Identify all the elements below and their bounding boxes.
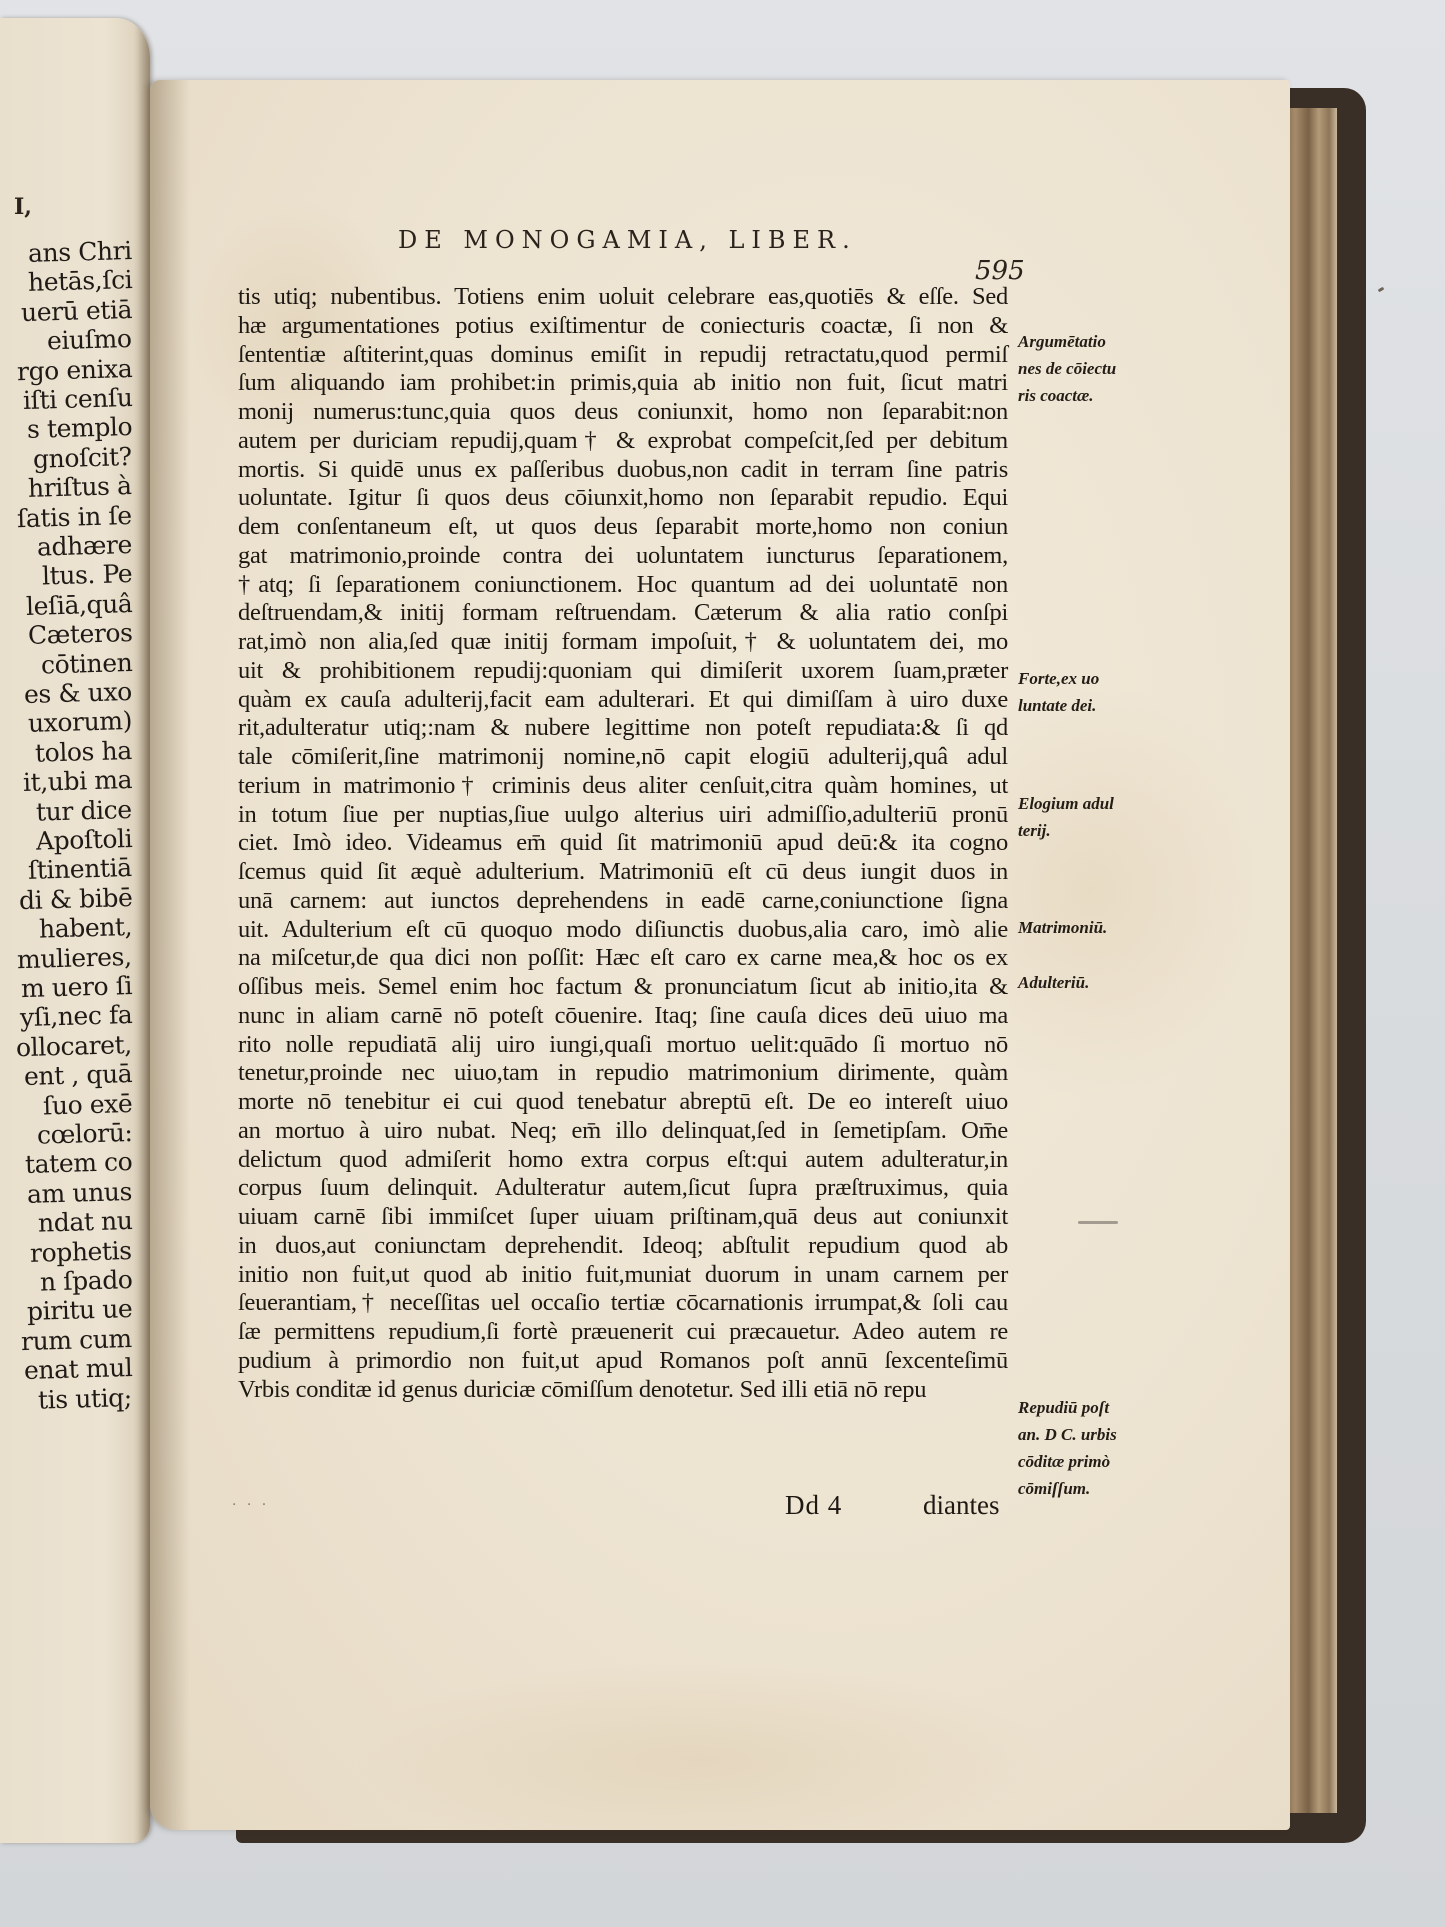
margin-note-line: an. D C. urbis	[1018, 1421, 1117, 1448]
left-page: I, ans Chrihetās,ſciuerū etiāeiuſmorgo e…	[0, 18, 150, 1843]
text-line: rito nolle repudiatā alij uiro iungi,qua…	[238, 1031, 1008, 1060]
left-page-gutter-shadow	[134, 18, 150, 1843]
left-page-line: ſatis in ſe	[17, 501, 132, 533]
text-line: mortis. Si quidē unus ex paſſeribus duob…	[238, 456, 1008, 485]
margin-note-adulterium: Adulteriū.	[1018, 969, 1089, 996]
text-line: ſeuerantiam,† neceſſitas uel occaſio ter…	[238, 1289, 1008, 1318]
margin-note-line: luntate dei.	[1018, 692, 1099, 719]
text-line: monij numerus:tunc,quia quos deus coniun…	[238, 398, 1008, 427]
left-page-line: ltus. Pe	[41, 559, 132, 591]
left-page-line: hetās,ſci	[27, 265, 132, 297]
text-line: terium in matrimonio† criminis deus alit…	[238, 772, 1008, 801]
margin-note-line: Repudiū poſt	[1018, 1394, 1117, 1421]
text-line: uit. Adulterium eſt cū quoquo modo diſiu…	[238, 916, 1008, 945]
text-line: gat matrimonio,proinde contra dei uolunt…	[238, 542, 1008, 571]
text-line: unā carnem: aut iunctos deprehendens in …	[238, 887, 1008, 916]
margin-note-line: Forte,ex uo	[1018, 665, 1099, 692]
text-line: hæ argumentationes potius exiſtimentur d…	[238, 312, 1008, 341]
margin-note-line: ris coactæ.	[1018, 382, 1116, 409]
text-line: initio non fuit,ut quod ab initio fuit,m…	[238, 1261, 1008, 1290]
left-page-line: uxorum)	[28, 706, 133, 738]
running-head: DE MONOGAMIA, LIBER.	[398, 226, 857, 254]
signature-mark: Dd 4	[785, 1490, 842, 1521]
margin-note-line: nes de cōiectu	[1018, 355, 1116, 382]
text-line: ſententiæ aſtiterint,quas dominus emiſit…	[238, 341, 1008, 370]
left-page-line: tatem co	[24, 1147, 132, 1179]
text-line: deſtruendam,& initij formam reſtruendam.…	[238, 599, 1008, 628]
left-page-line: ndat nu	[37, 1206, 132, 1238]
text-line: quàm ex cauſa adulterij,facit eam adulte…	[238, 686, 1008, 715]
left-page-line: hriſtus à	[28, 471, 132, 503]
left-page-line: adhære	[37, 530, 133, 562]
printer-marks: · · ·	[232, 1497, 269, 1513]
left-page-line: cœlorū:	[36, 1118, 132, 1150]
left-page-line: rum cum	[21, 1324, 132, 1356]
left-page-line: ent , quā	[23, 1059, 132, 1091]
left-page-line: it,ubi ma	[23, 765, 133, 797]
text-line: an mortuo à uiro nubat. Neq; em̄ illo de…	[238, 1117, 1008, 1146]
text-line: ciet. Imò ideo. Videamus em̄ quid ſit ma…	[238, 829, 1008, 858]
left-page-line: ans Chri	[28, 236, 133, 268]
left-page-line: mulieres,	[17, 942, 132, 974]
water-stain	[350, 1660, 1050, 1830]
margin-note-repudium: Repudiū poſt an. D C. urbis cōditæ primò…	[1018, 1394, 1117, 1502]
margin-note-elogium: Elogium adul terij.	[1018, 790, 1114, 844]
text-line: ſæ permittens repudium,ſi fortè præuener…	[238, 1318, 1008, 1347]
left-page-line: Apoſtoli	[35, 824, 132, 856]
left-page-line: iſti cenſu	[22, 383, 132, 415]
margin-note-argumentationes: Argumētatio nes de cōiectu ris coactæ.	[1018, 328, 1116, 409]
margin-note-line: cōditæ primò	[1018, 1448, 1117, 1475]
text-line: morte nō tenebitur ei cui quod tenebatur…	[238, 1088, 1008, 1117]
left-page-line: gnoſcit?	[33, 442, 132, 474]
left-page-line: Cæteros	[27, 618, 132, 650]
text-line: ſum aliquando iam prohibet:in primis,qui…	[238, 369, 1008, 398]
left-page-folio: I,	[14, 194, 32, 220]
left-page-line: s templo	[26, 412, 132, 444]
left-page-line: cōtinen	[40, 648, 132, 680]
left-page-line: di & bibē	[18, 883, 132, 915]
text-line: tenetur,proinde nec uiuo,tam in repudio …	[238, 1059, 1008, 1088]
left-page-line: enat mul	[23, 1353, 132, 1385]
text-line: ſcemus quid ſit æquè adulterium. Matrimo…	[238, 858, 1008, 887]
margin-note-line: Argumētatio	[1018, 328, 1116, 355]
margin-note-forte: Forte,ex uo luntate dei.	[1018, 665, 1099, 719]
left-page-line: ſtinentiā	[28, 853, 132, 885]
left-page-line: yſi,nec fa	[19, 1000, 132, 1032]
background-mark	[1078, 1221, 1118, 1224]
left-page-line: rgo enixa	[16, 354, 132, 386]
left-page-line: tolos ha	[35, 736, 133, 768]
text-line: autem per duriciam repudij,quam† & expro…	[238, 427, 1008, 456]
text-line: pudium à primordio non fuit,ut apud Roma…	[238, 1347, 1008, 1376]
text-line: dem conſentaneum eſt, ut quos deus ſepar…	[238, 513, 1008, 542]
text-line: rit,adulteratur utiq;:nam & nubere legit…	[238, 714, 1008, 743]
left-page-line: am unus	[27, 1177, 133, 1209]
text-line: uoluntate. Igitur ſi quos deus cōiunxit,…	[238, 484, 1008, 513]
left-page-line: ſuo exē	[42, 1089, 132, 1120]
text-line: tis utiq; nubentibus. Totiens enim uolui…	[238, 283, 1008, 312]
text-line: rat,imò non alia,ſed quæ initij formam i…	[238, 628, 1008, 657]
text-line: delictum quod admiſerit homo extra corpu…	[238, 1146, 1008, 1175]
left-page-line: n ſpado	[39, 1265, 132, 1297]
margin-note-line: terij.	[1018, 817, 1114, 844]
left-page-line: leſiā,quâ	[25, 589, 132, 621]
left-page-line: piritu ue	[26, 1294, 132, 1326]
text-line: in duos,aut coniunctam deprehendit. Ideo…	[238, 1232, 1008, 1261]
text-line: †atq; ſi ſeparationem coniunctionem. Hoc…	[238, 571, 1008, 600]
left-page-line: tis utiq;	[38, 1383, 133, 1415]
text-line: tale cōmiſerit,ſine matrimonij nomine,nō…	[238, 743, 1008, 772]
dust-speck	[1378, 287, 1385, 293]
text-line: nunc in aliam carnē nō poteſt cōuenire. …	[238, 1002, 1008, 1031]
catchword: diantes	[923, 1490, 999, 1521]
left-page-line: rophetis	[30, 1236, 132, 1268]
text-line: corpus ſuum delinquit. Adulteratur autem…	[238, 1174, 1008, 1203]
left-page-line: uerū etiā	[21, 295, 133, 327]
page-number: 595	[975, 256, 1025, 286]
right-page-gutter-shadow	[150, 80, 190, 1830]
left-page-line: eiuſmo	[47, 324, 132, 355]
body-text: tis utiq; nubentibus. Totiens enim uolui…	[238, 283, 1008, 1404]
left-page-line: habent,	[39, 912, 133, 944]
text-line: uit & prohibitionem repudij:quoniam qui …	[238, 657, 1008, 686]
text-line: na miſcetur,de qua dici non poſſit: Hæc …	[238, 944, 1008, 973]
margin-note-line: Elogium adul	[1018, 790, 1114, 817]
text-line: oſſibus meis. Semel enim hoc factum & pr…	[238, 973, 1008, 1002]
margin-note-matrimonium: Matrimoniū.	[1018, 914, 1107, 941]
text-line: uiuam carnē ſibi immiſcet ſuper uiuam pr…	[238, 1203, 1008, 1232]
left-page-line: m uero ſi	[20, 971, 132, 1003]
left-page-line: es & uxo	[24, 677, 133, 709]
margin-note-line: Matrimoniū.	[1018, 914, 1107, 941]
page-edges	[1285, 108, 1337, 1813]
text-line: in totum ſiue per nuptias,ſiue uulgo alt…	[238, 801, 1008, 830]
left-page-line: ollocaret,	[16, 1030, 133, 1062]
margin-note-line: cōmiſſum.	[1018, 1475, 1117, 1502]
left-page-line: tur dice	[36, 795, 132, 827]
margin-note-line: Adulteriū.	[1018, 969, 1089, 996]
text-line: Vrbis conditæ id genus duriciæ cōmiſſum …	[238, 1376, 1008, 1405]
